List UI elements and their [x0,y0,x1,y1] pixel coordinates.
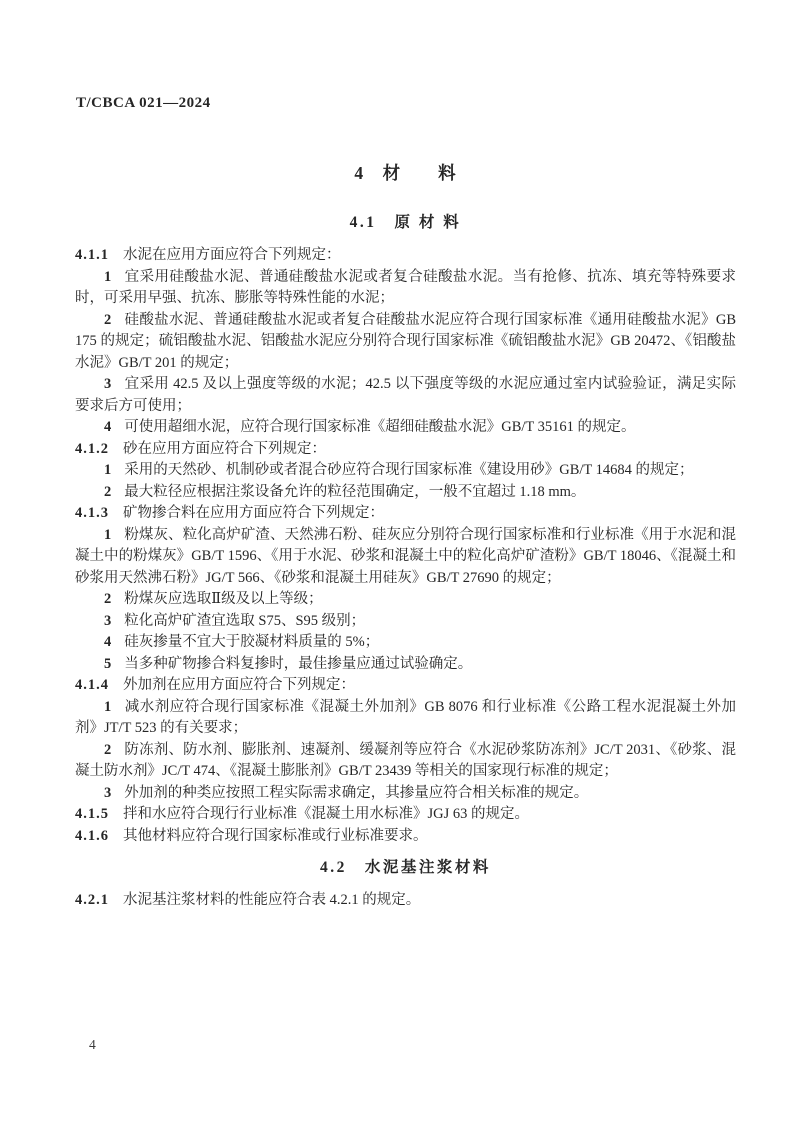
item-text: 宜采用 42.5 及以上强度等级的水泥；42.5 以下强度等级的水泥应通过室内试… [75,376,736,414]
item-text: 粉煤灰、粒化高炉矿渣、天然沸石粉、硅灰应分别符合现行国家标准和行业标准《用于水泥… [75,527,736,586]
list-item-4-1-2-2: 2最大粒径应根据注浆设备允许的粒径范围确定，一般不宜超过 1.18 mm。 [75,482,736,504]
item-text: 硅酸盐水泥、普通硅酸盐水泥或者复合硅酸盐水泥应符合现行国家标准《通用硅酸盐水泥》… [75,312,736,371]
page-number: 4 [89,1037,96,1053]
clause-4-1-1: 4.1.1水泥在应用方面应符合下列规定： [75,245,736,267]
item-number: 1 [104,462,111,478]
clause-4-1-2: 4.1.2砂在应用方面应符合下列规定： [75,439,736,461]
item-number: 2 [104,312,111,328]
item-text: 减水剂应符合现行国家标准《混凝土外加剂》GB 8076 和行业标准《公路工程水泥… [75,699,736,737]
list-item-4-1-3-5: 5当多种矿物掺合料复掺时，最佳掺量应通过试验确定。 [75,654,736,676]
clause-text: 水泥在应用方面应符合下列规定： [123,247,341,263]
item-text: 防冻剂、防水剂、膨胀剂、速凝剂、缓凝剂等应符合《水泥砂浆防冻剂》JC/T 203… [75,742,736,780]
chapter-title: 4 材 料 [75,161,736,185]
item-text: 最大粒径应根据注浆设备允许的粒径范围确定，一般不宜超过 1.18 mm。 [124,484,585,500]
clause-number: 4.1.5 [75,806,109,822]
item-text: 采用的天然砂、机制砂或者混合砂应符合现行国家标准《建设用砂》GB/T 14684… [124,462,693,478]
clause-4-1-5: 4.1.5拌和水应符合现行行业标准《混凝土用水标准》JGJ 63 的规定。 [75,804,736,826]
item-text: 粉煤灰应选取Ⅱ级及以上等级； [124,591,322,607]
item-text: 硅灰掺量不宜大于胶凝材料质量的 5%； [124,634,379,650]
list-item-4-1-1-4: 4可使用超细水泥，应符合现行国家标准《超细硅酸盐水泥》GB/T 35161 的规… [75,417,736,439]
list-item-4-1-3-2: 2粉煤灰应选取Ⅱ级及以上等级； [75,589,736,611]
list-item-4-1-3-1: 1粉煤灰、粒化高炉矿渣、天然沸石粉、硅灰应分别符合现行国家标准和行业标准《用于水… [75,525,736,590]
item-number: 2 [104,484,111,500]
list-item-4-1-1-1: 1宜采用硅酸盐水泥、普通硅酸盐水泥或者复合硅酸盐水泥。当有抢修、抗冻、填充等特殊… [75,267,736,310]
item-text: 宜采用硅酸盐水泥、普通硅酸盐水泥或者复合硅酸盐水泥。当有抢修、抗冻、填充等特殊要… [75,269,736,307]
item-text: 可使用超细水泥，应符合现行国家标准《超细硅酸盐水泥》GB/T 35161 的规定… [124,419,635,435]
clause-4-1-4: 4.1.4外加剂在应用方面应符合下列规定： [75,675,736,697]
clause-number: 4.1.4 [75,677,109,693]
clause-number: 4.1.6 [75,828,109,844]
clause-number: 4.1.1 [75,247,109,263]
item-number: 2 [104,742,111,758]
clause-number: 4.1.3 [75,505,109,521]
list-item-4-1-4-3: 3外加剂的种类应按照工程实际需求确定，其掺量应符合相关标准的规定。 [75,783,736,805]
item-number: 3 [104,376,111,392]
item-text: 外加剂的种类应按照工程实际需求确定，其掺量应符合相关标准的规定。 [124,785,588,801]
clause-text: 拌和水应符合现行行业标准《混凝土用水标准》JGJ 63 的规定。 [123,806,529,822]
item-number: 4 [104,634,111,650]
item-text: 当多种矿物掺合料复掺时，最佳掺量应通过试验确定。 [124,656,472,672]
list-item-4-1-4-1: 1减水剂应符合现行国家标准《混凝土外加剂》GB 8076 和行业标准《公路工程水… [75,697,736,740]
item-number: 4 [104,419,111,435]
clause-number: 4.1.2 [75,441,109,457]
clause-text: 矿物掺合料在应用方面应符合下列规定： [123,505,384,521]
item-number: 2 [104,591,111,607]
clause-4-1-3: 4.1.3矿物掺合料在应用方面应符合下列规定： [75,503,736,525]
clause-text: 水泥基注浆材料的性能应符合表 4.2.1 的规定。 [123,892,420,908]
list-item-4-1-1-2: 2硅酸盐水泥、普通硅酸盐水泥或者复合硅酸盐水泥应符合现行国家标准《通用硅酸盐水泥… [75,310,736,375]
document-body: 4 材 料 4.1 原 材 料 4.1.1水泥在应用方面应符合下列规定： 1宜采… [75,161,736,912]
item-number: 1 [104,269,111,285]
section-heading-4-2: 4.2 水泥基注浆材料 [75,857,736,879]
item-text: 粒化高炉矿渣宜选取 S75、S95 级别； [124,613,365,629]
item-number: 3 [104,613,111,629]
document-page: T/CBCA 021—2024 4 材 料 4.1 原 材 料 4.1.1水泥在… [0,0,800,1130]
item-number: 1 [104,699,111,715]
list-item-4-1-4-2: 2防冻剂、防水剂、膨胀剂、速凝剂、缓凝剂等应符合《水泥砂浆防冻剂》JC/T 20… [75,740,736,783]
clause-text: 外加剂在应用方面应符合下列规定： [123,677,355,693]
clause-text: 砂在应用方面应符合下列规定： [123,441,326,457]
standard-code: T/CBCA 021—2024 [76,95,211,112]
section-heading-4-1: 4.1 原 材 料 [75,212,736,234]
clause-4-1-6: 4.1.6其他材料应符合现行国家标准或行业标准要求。 [75,826,736,848]
list-item-4-1-3-4: 4硅灰掺量不宜大于胶凝材料质量的 5%； [75,632,736,654]
list-item-4-1-2-1: 1采用的天然砂、机制砂或者混合砂应符合现行国家标准《建设用砂》GB/T 1468… [75,460,736,482]
clause-number: 4.2.1 [75,892,109,908]
item-number: 5 [104,656,111,672]
list-item-4-1-3-3: 3粒化高炉矿渣宜选取 S75、S95 级别； [75,611,736,633]
list-item-4-1-1-3: 3宜采用 42.5 及以上强度等级的水泥；42.5 以下强度等级的水泥应通过室内… [75,374,736,417]
clause-text: 其他材料应符合现行国家标准或行业标准要求。 [123,828,428,844]
item-number: 3 [104,785,111,801]
clause-4-2-1: 4.2.1水泥基注浆材料的性能应符合表 4.2.1 的规定。 [75,890,736,912]
item-number: 1 [104,527,111,543]
